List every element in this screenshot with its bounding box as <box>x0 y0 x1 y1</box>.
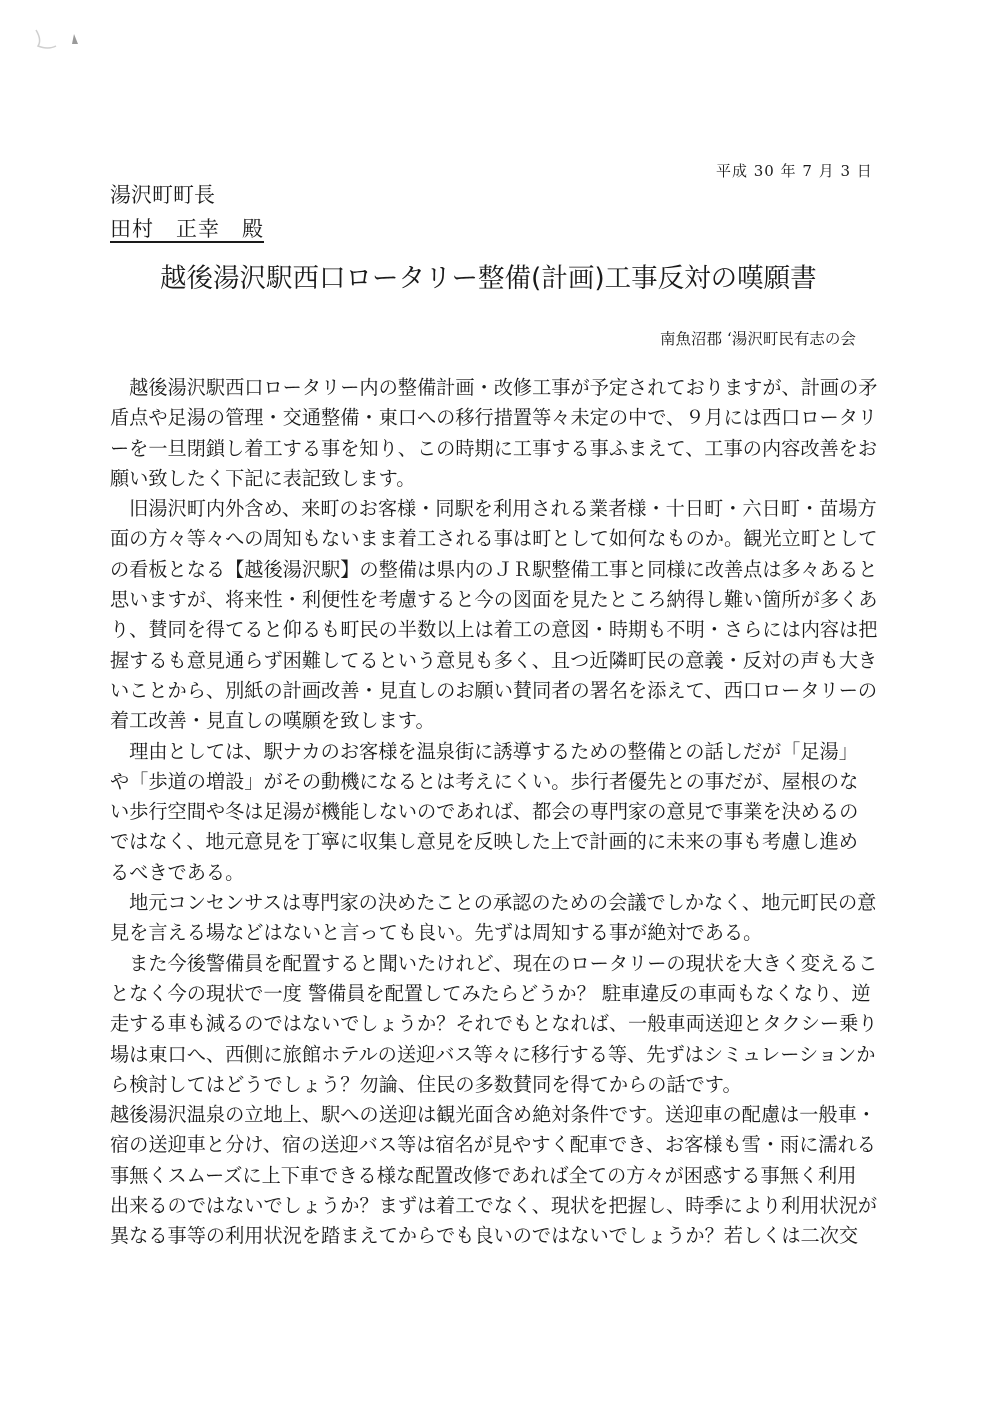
body-line: ではなく、地元意見を丁寧に収集し意見を反映した上で計画的に未来の事も考慮し進め <box>110 827 920 857</box>
body-line: や「歩道の増設」がその動機になるとは考えにくい。歩行者優先との事だが、屋根のな <box>110 767 920 797</box>
body-line: 理由としては、駅ナカのお客様を温泉街に誘導するための整備との話しだが「足湯」 <box>110 737 920 767</box>
scan-mark <box>30 20 80 55</box>
body-line: の看板となる【越後湯沢駅】の整備は県内のＪＲ駅整備工事と同様に改善点は多々あると <box>110 555 920 585</box>
body-line: 思いますが、将来性・利便性を考慮すると今の図面を見たところ納得し難い箇所が多くあ <box>110 585 920 615</box>
body-line: 出来るのではないでしょうか？まずは着工でなく、現状を把握し、時季により利用状況が <box>110 1191 920 1221</box>
body-line: い歩行空間や冬は足湯が機能しないのであれば、都会の専門家の意見で事業を決めるの <box>110 797 920 827</box>
body-line: 面の方々等々への周知もないまま着工される事は町として如何なものか。観光立町として <box>110 524 920 554</box>
body-line: 旧湯沢町内外含め、来町のお客様・同駅を利用される業者様・十日町・六日町・苗場方 <box>110 494 920 524</box>
body-line: となく今の現状で一度 警備員を配置してみたらどうか？ 駐車違反の車両もなくなり、… <box>110 979 920 1009</box>
body-line: いことから、別紙の計画改善・見直しのお願い賛同者の署名を添えて、西口ロータリーの <box>110 676 920 706</box>
body-line: 走する車も減るのではないでしょうか？それでもとなれば、一般車両送迎とタクシー乗り <box>110 1009 920 1039</box>
body-line: 着工改善・見直しの嘆願を致します。 <box>110 706 920 736</box>
sender: 南魚沼郡 ‘湯沢町民有志の会 <box>660 327 856 349</box>
body-line: 異なる事等の利用状況を踏まえてからでも良いのではないでしょうか？若しくは二次交 <box>110 1221 920 1251</box>
addressee-name: 田村 正幸 殿 <box>110 212 264 246</box>
body-line: 地元コンセンサスは専門家の決めたことの承認のための会議でしかなく、地元町民の意 <box>110 888 920 918</box>
body-line: 宿の送迎車と分け、宿の送迎バス等は宿名が見やすく配車でき、お客様も雪・雨に濡れる <box>110 1130 920 1160</box>
document-body: 越後湯沢駅西口ロータリー内の整備計画・改修工事が予定されておりますが、計画の矛 … <box>110 373 920 1252</box>
body-line: り、賛同を得てると仰るも町民の半数以上は着工の意図・時期も不明・さらには内容は把 <box>110 615 920 645</box>
addressee-title: 湯沢町町長 <box>110 178 264 212</box>
body-line: 場は東口へ、西側に旅館ホテルの送迎バス等々に移行する等、先ずはシミュレーションか <box>110 1040 920 1070</box>
body-line: 越後湯沢駅西口ロータリー内の整備計画・改修工事が予定されておりますが、計画の矛 <box>110 373 920 403</box>
body-line: また今後警備員を配置すると聞いたけれど、現在のロータリーの現状を大きく変えるこ <box>110 949 920 979</box>
body-line: 握するも意見通らず困難してるという意見も多く、且つ近隣町民の意義・反対の声も大き <box>110 646 920 676</box>
body-line: 越後湯沢温泉の立地上、駅への送迎は観光面含め絶対条件です。送迎車の配慮は一般車・ <box>110 1100 920 1130</box>
document-title: 越後湯沢駅西口ロータリー整備(計画)工事反対の嘆願書 <box>160 256 817 295</box>
body-line: ら検討してはどうでしょう？勿論、住民の多数賛同を得てからの話です。 <box>110 1070 920 1100</box>
body-line: 事無くスムーズに上下車できる様な配置改修であれば全ての方々が困惑する事無く利用 <box>110 1161 920 1191</box>
body-line: 盾点や足湯の管理・交通整備・東口への移行措置等々未定の中で、９月には西口ロータリ <box>110 403 920 433</box>
body-line: 見を言える場などはないと言っても良い。先ずは周知する事が絶対である。 <box>110 918 920 948</box>
addressee-block: 湯沢町町長 田村 正幸 殿 <box>110 178 264 246</box>
body-line: 願い致したく下記に表記致します。 <box>110 464 920 494</box>
body-line: るべきである。 <box>110 858 920 888</box>
document-date: 平成 30 年 7 月 3 日 <box>716 160 873 181</box>
body-line: ーを一旦閉鎖し着工する事を知り、この時期に工事する事ふまえて、工事の内容改善をお <box>110 434 920 464</box>
